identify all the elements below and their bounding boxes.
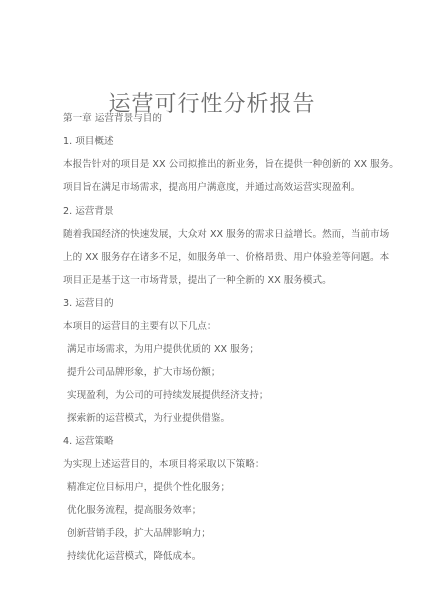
list-item: 提升公司品牌形象，扩大市场份额； bbox=[67, 367, 221, 379]
list-item: 实现盈利，为公司的可持续发展提供经济支持； bbox=[67, 390, 268, 402]
list-item: 精准定位目标用户，提供个性化服务； bbox=[67, 482, 230, 494]
paragraph-line: 随着我国经济的快速发展，大众对 XX 服务的需求日益增长。然而，当前市场 bbox=[63, 229, 389, 241]
list-item: 持续优化运营模式，降低成本。 bbox=[67, 551, 201, 563]
list-item: 优化服务流程，提高服务效率； bbox=[67, 505, 201, 517]
paragraph-line: 项目正是基于这一市场背景，提出了一种全新的 XX 服务模式。 bbox=[63, 275, 332, 287]
list-item: 探索新的运营模式，为行业提供借鉴。 bbox=[67, 413, 230, 425]
section-intro: 本项目的运营目的主要有以下几点： bbox=[63, 321, 217, 333]
paragraph-line: 本报告针对的项目是 XX 公司拟推出的新业务，旨在提供一种创新的 XX 服务。 bbox=[63, 159, 399, 171]
section-heading: 4. 运营策略 bbox=[63, 436, 114, 448]
paragraph-line: 上的 XX 服务存在诸多不足，如服务单一、价格昂贵、用户体验差等问题。本 bbox=[63, 252, 389, 264]
paragraph-line: 项目旨在满足市场需求，提高用户满意度，并通过高效运营实现盈利。 bbox=[63, 182, 360, 194]
chapter-heading: 第一章 运营背景与目的 bbox=[63, 113, 162, 125]
section-heading: 1. 项目概述 bbox=[63, 136, 114, 148]
section-heading: 3. 运营目的 bbox=[63, 298, 114, 310]
list-item: 创新营销手段，扩大品牌影响力； bbox=[67, 528, 211, 540]
list-item: 满足市场需求，为用户提供优质的 XX 服务； bbox=[67, 344, 259, 356]
section-intro: 为实现上述运营目的，本项目将采取以下策略： bbox=[63, 459, 264, 471]
section-heading: 2. 运营背景 bbox=[63, 206, 114, 218]
